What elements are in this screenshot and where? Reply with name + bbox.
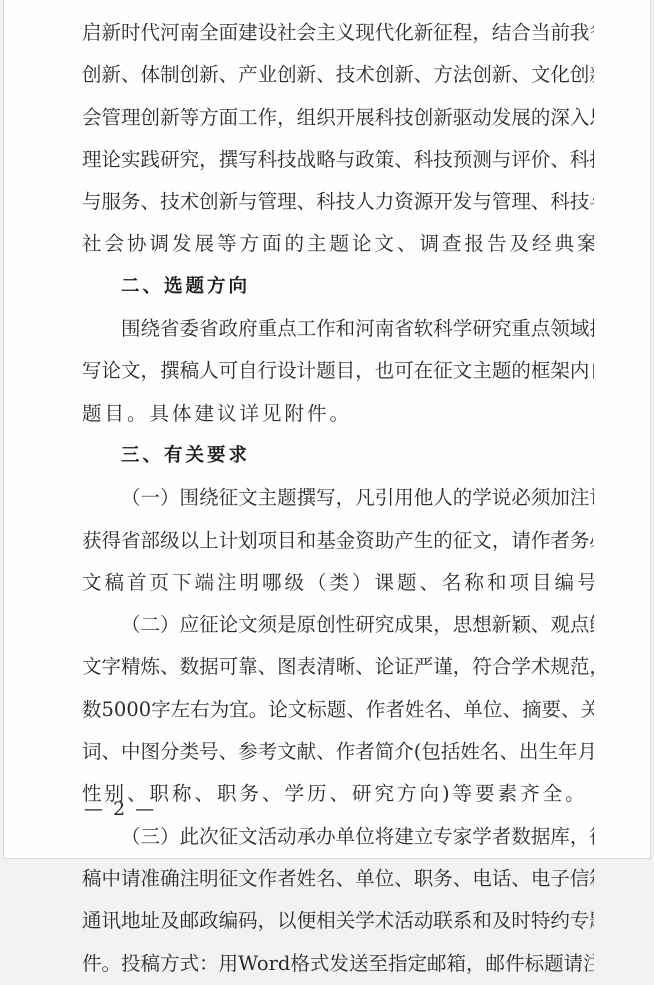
document-body: 启新时代河南全面建设社会主义现代化新征程，结合当前我省政策 创新、体制创新、产业… [82,12,594,861]
text-line: 获得省部级以上计划项目和基金资助产生的征文，请作者务必在 [82,520,594,562]
text-line: 词、中图分类号、参考文献、作者简介(包括姓名、出生年月、 [82,731,594,773]
text-line: 创新、体制创新、产业创新、技术创新、方法创新、文化创新和社 [82,54,594,96]
page-number: — 2 — [84,798,156,820]
text-line: 社会协调发展等方面的主题论文、调查报告及经典案例分析等。 [82,223,594,265]
text-line: 文字精炼、数据可靠、图表清晰、论证严谨，符合学术规范，字 [82,646,594,688]
document-page: 启新时代河南全面建设社会主义现代化新征程，结合当前我省政策 创新、体制创新、产业… [3,0,651,859]
text-line: 文稿首页下端注明哪级（类）课题、名称和项目编号。 [82,562,594,604]
text-line: 与服务、技术创新与管理、科技人力资源开发与管理、科技与经济 [82,181,594,223]
text-line: 会管理创新等方面工作，组织开展科技创新驱动发展的深入思考和 [82,97,594,139]
text-line: （一）围绕征文主题撰写，凡引用他人的学说必须加注说明。 [82,477,594,519]
text-line: 围绕省委省政府重点工作和河南省软科学研究重点领域撰 [82,308,594,350]
text-line: 数5000字左右为宜。论文标题、作者姓名、单位、摘要、关键 [82,689,594,731]
text-line: 启新时代河南全面建设社会主义现代化新征程，结合当前我省政策 [82,12,594,54]
text-line: （二）应征论文须是原创性研究成果，思想新颖、观点鲜明、 [82,604,594,646]
text-line: 性别、职称、职务、学历、研究方向)等要素齐全。 [82,773,594,815]
text-line: 题目。具体建议详见附件。 [82,393,594,435]
text-line: （三）此次征文活动承办单位将建立专家学者数据库，征文 [82,816,594,858]
text-line: 理论实践研究，撰写科技战略与政策、科技预测与评价、科技信息 [82,139,594,181]
section-heading-topic-direction: 二、选题方向 [82,266,594,308]
text-line: 写论文，撰稿人可自行设计题目，也可在征文主题的框架内自选 [82,350,594,392]
section-heading-requirements: 三、有关要求 [82,435,594,477]
